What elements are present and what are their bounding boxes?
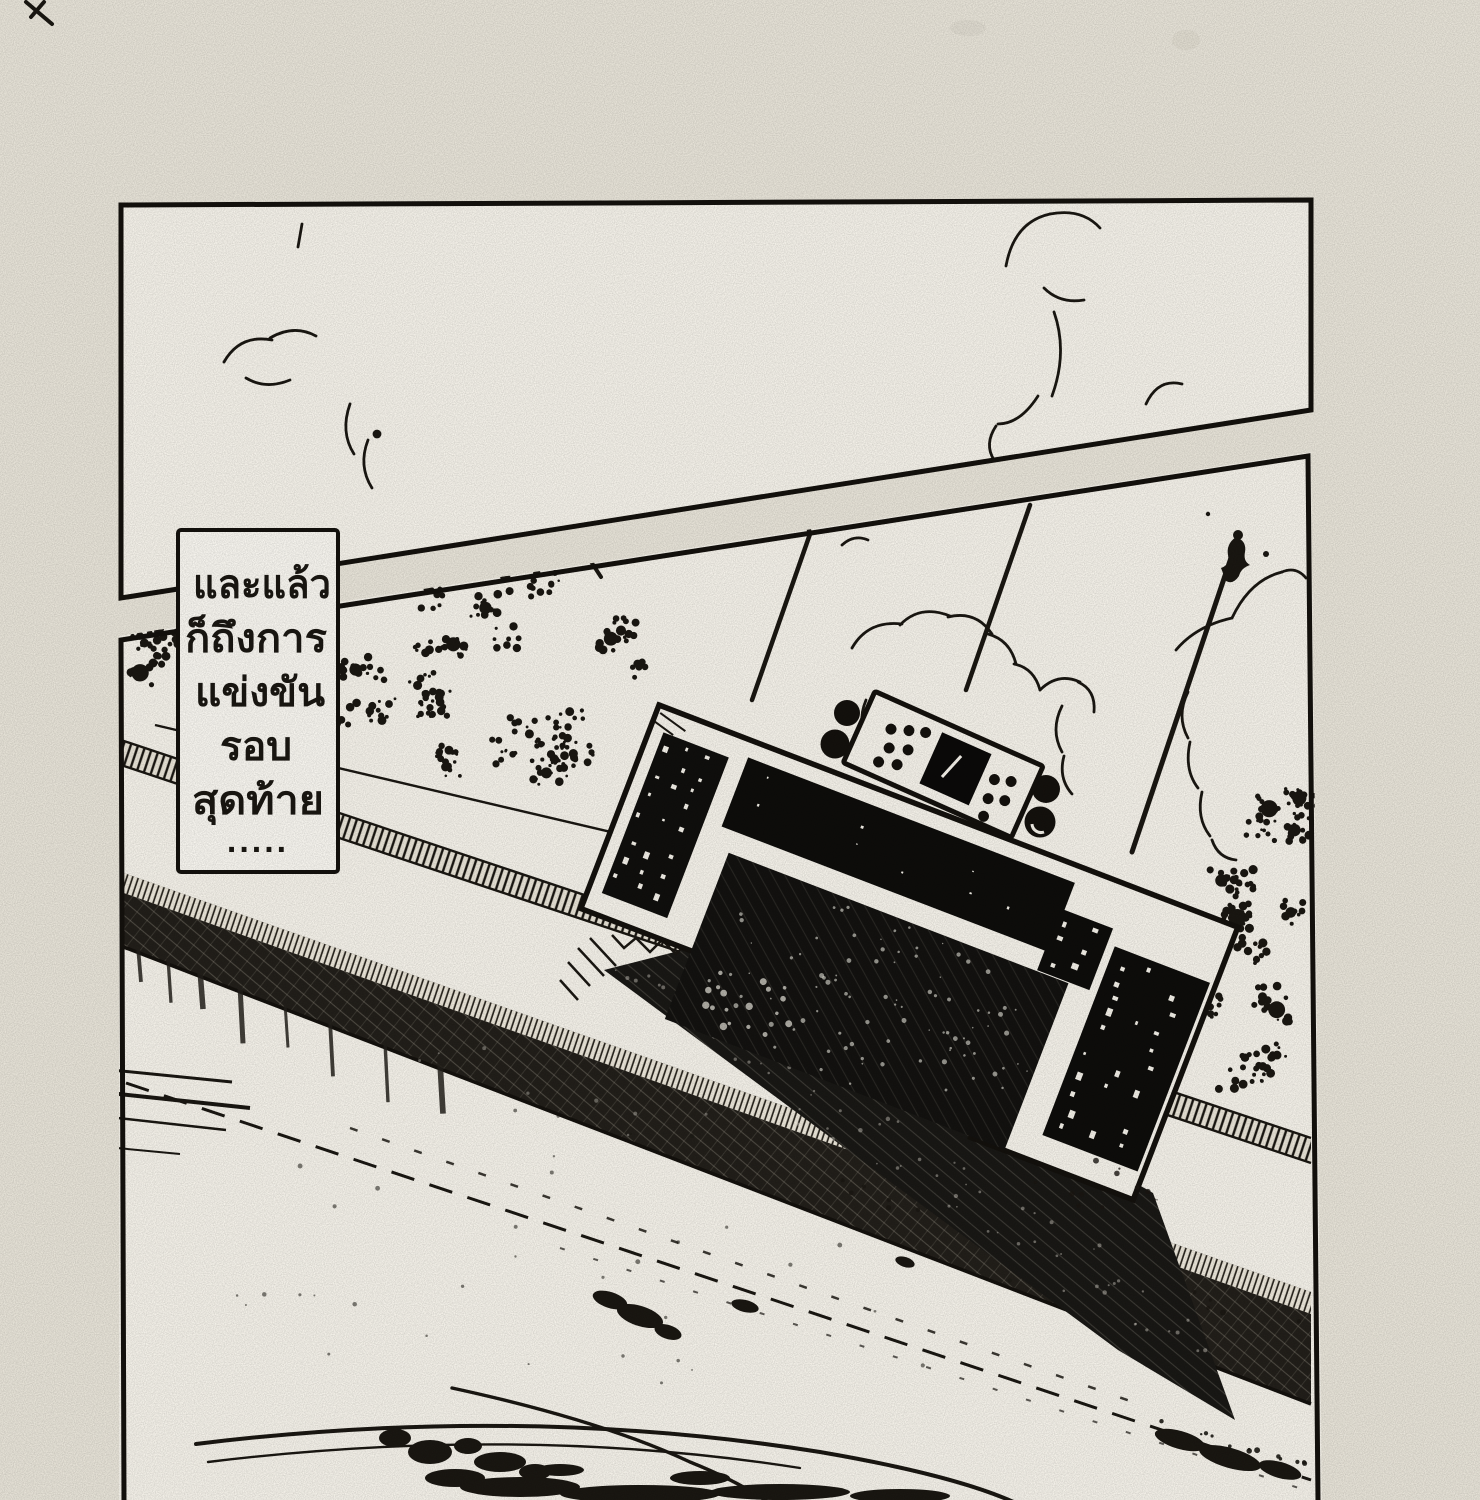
grain-overlay <box>0 0 1480 1500</box>
manga-art: และแล้ว ก็ถึงการ แข่งขัน รอบ สุดท้าย ...… <box>0 0 1480 1500</box>
manga-page: และแล้ว ก็ถึงการ แข่งขัน รอบ สุดท้าย ...… <box>0 0 1480 1500</box>
